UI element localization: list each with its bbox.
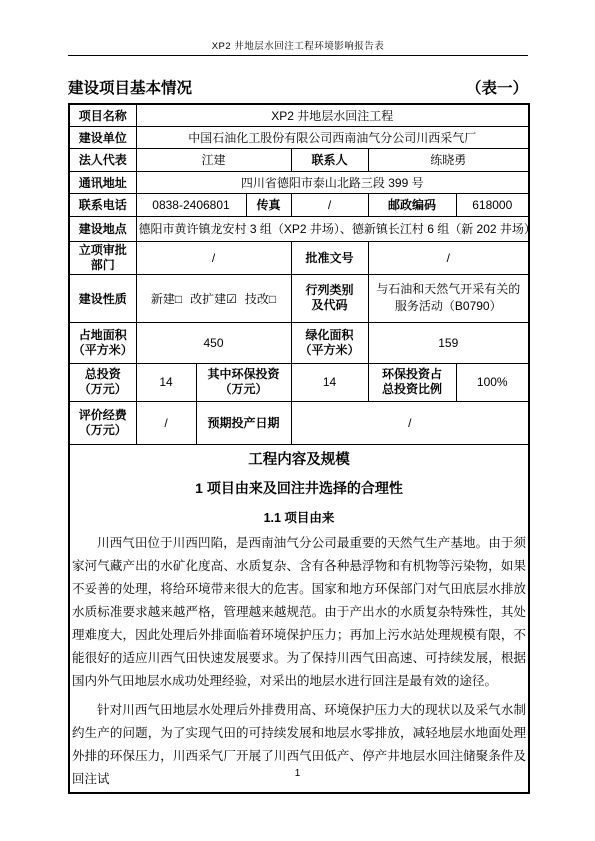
construction-unit-value: 中国石油化工股份有限公司西南油气分公司川西采气厂 — [136, 126, 529, 148]
site-label: 建设地点 — [69, 216, 136, 241]
area-label: 占地面积 （平方米） — [69, 322, 136, 363]
page-number: 1 — [0, 768, 595, 779]
legal-rep-label: 法人代表 — [69, 148, 136, 171]
industry-label-line2: 及代码 — [294, 298, 366, 313]
checkbox-expand-box: ☑ — [226, 292, 237, 306]
eval-fee-value: / — [136, 401, 196, 444]
area-label-line1: 占地面积 — [72, 328, 134, 343]
checkbox-new-box: □ — [175, 292, 182, 306]
area-label-line2: （平方米） — [72, 343, 134, 358]
total-investment-value: 14 — [136, 363, 196, 401]
project-name-value: XP2 井地层水回注工程 — [136, 104, 529, 126]
postcode-label: 邮政编码 — [368, 193, 456, 216]
header-rule — [68, 55, 528, 56]
green-area-label-line1: 绿化面积 — [294, 328, 366, 343]
table-row: 占地面积 （平方米） 450 绿化面积 （平方米） 159 — [69, 322, 529, 363]
env-investment-label-line2: （万元） — [199, 382, 289, 397]
env-ratio-label-line1: 环保投资占 — [371, 367, 454, 382]
env-ratio-value: 100% — [456, 363, 529, 401]
content-section: 工程内容及规模 1 项目由来及回注井选择的合理性 1.1 项目由来 川西气田位于… — [69, 444, 529, 793]
total-investment-label-line1: 总投资 — [72, 367, 134, 382]
eval-fee-label: 评价经费 （万元） — [69, 401, 136, 444]
address-value: 四川省德阳市泰山北路三段 399 号 — [136, 171, 529, 193]
checkbox-retrofit: 技改□ — [245, 292, 276, 306]
content-heading: 工程内容及规模 — [72, 448, 526, 469]
checkbox-expand: 改扩建☑ — [190, 292, 237, 306]
nature-label: 建设性质 — [69, 274, 136, 322]
production-date-label: 预期投产日期 — [196, 401, 291, 444]
postcode-value: 618000 — [456, 193, 529, 216]
industry-value: 与石油和天然气开采有关的服务活动（B0790） — [368, 274, 529, 322]
checkbox-retrofit-box: □ — [269, 292, 276, 306]
table-row: 评价经费 （万元） / 预期投产日期 / — [69, 401, 529, 444]
approval-dept-value: / — [136, 241, 291, 274]
table-tag: （表一） — [466, 76, 528, 98]
eval-fee-label-line2: （万元） — [72, 423, 134, 438]
approval-dept-label: 立项审批 部门 — [69, 241, 136, 274]
table-row: 总投资 （万元） 14 其中环保投资 （万元） 14 环保投资占 总投资比例 1… — [69, 363, 529, 401]
table-row: 立项审批 部门 / 批准文号 / — [69, 241, 529, 274]
approval-dept-label-line2: 部门 — [72, 258, 134, 273]
area-value: 450 — [136, 322, 291, 363]
construction-unit-label: 建设单位 — [69, 126, 136, 148]
content-h2: 1.1 项目由来 — [72, 508, 526, 526]
eval-fee-label-line1: 评价经费 — [72, 408, 134, 423]
contact-person-value: 练晓勇 — [368, 148, 529, 171]
table-row: 建设性质 新建□改扩建☑技改□ 行列类别 及代码 与石油和天然气开采有关的服务活… — [69, 274, 529, 322]
nature-value: 新建□改扩建☑技改□ — [136, 274, 291, 322]
phone-value: 0838-2406801 — [136, 193, 246, 216]
table-row: 法人代表 江建 联系人 练晓勇 — [69, 148, 529, 171]
approval-doc-value: / — [368, 241, 529, 274]
env-investment-label: 其中环保投资 （万元） — [196, 363, 291, 401]
legal-rep-value: 江建 — [136, 148, 291, 171]
green-area-value: 159 — [368, 322, 529, 363]
section-title: 建设项目基本情况 — [68, 76, 192, 98]
env-ratio-label: 环保投资占 总投资比例 — [368, 363, 456, 401]
basic-info-table: 项目名称 XP2 井地层水回注工程 建设单位 中国石油化工股份有限公司西南油气分… — [68, 103, 530, 794]
content-h1: 1 项目由来及回注井选择的合理性 — [72, 478, 526, 498]
industry-label: 行列类别 及代码 — [291, 274, 368, 322]
checkbox-new: 新建□ — [151, 292, 182, 306]
total-investment-label: 总投资 （万元） — [69, 363, 136, 401]
total-investment-label-line2: （万元） — [72, 382, 134, 397]
fax-label: 传真 — [246, 193, 291, 216]
env-investment-value: 14 — [291, 363, 368, 401]
production-date-value: / — [291, 401, 529, 444]
table-row: 建设地点 德阳市黄许镇龙安村 3 组（XP2 井场）、德新镇长江村 6 组（新 … — [69, 216, 529, 241]
phone-label: 联系电话 — [69, 193, 136, 216]
project-name-label: 项目名称 — [69, 104, 136, 126]
green-area-label-line2: （平方米） — [294, 343, 366, 358]
env-ratio-label-line2: 总投资比例 — [371, 382, 454, 397]
running-header: XP2 井地层水回注工程环境影响报告表 — [68, 38, 528, 52]
table-row: 项目名称 XP2 井地层水回注工程 — [69, 104, 529, 126]
fax-value: / — [291, 193, 368, 216]
checkbox-expand-label: 改扩建 — [190, 292, 226, 306]
section-title-row: 建设项目基本情况 （表一） — [68, 76, 528, 98]
checkbox-retrofit-label: 技改 — [245, 292, 269, 306]
table-row: 工程内容及规模 1 项目由来及回注井选择的合理性 1.1 项目由来 川西气田位于… — [69, 444, 529, 793]
site-value: 德阳市黄许镇龙安村 3 组（XP2 井场）、德新镇长江村 6 组（新 202 井… — [136, 216, 529, 241]
address-label: 通讯地址 — [69, 171, 136, 193]
table-row: 联系电话 0838-2406801 传真 / 邮政编码 618000 — [69, 193, 529, 216]
industry-label-line1: 行列类别 — [294, 283, 366, 298]
green-area-label: 绿化面积 （平方米） — [291, 322, 368, 363]
checkbox-new-label: 新建 — [151, 292, 175, 306]
table-row: 通讯地址 四川省德阳市泰山北路三段 399 号 — [69, 171, 529, 193]
contact-person-label: 联系人 — [291, 148, 368, 171]
env-investment-label-line1: 其中环保投资 — [199, 367, 289, 382]
document-page: XP2 井地层水回注工程环境影响报告表 建设项目基本情况 （表一） 项目名称 X… — [0, 0, 595, 841]
approval-doc-label: 批准文号 — [291, 241, 368, 274]
approval-dept-label-line1: 立项审批 — [72, 243, 134, 258]
table-row: 建设单位 中国石油化工股份有限公司西南油气分公司川西采气厂 — [69, 126, 529, 148]
content-paragraph-1: 川西气田位于川西凹陷，是西南油气分公司最重要的天然气生产基地。由于须家河气藏产出… — [72, 532, 526, 693]
